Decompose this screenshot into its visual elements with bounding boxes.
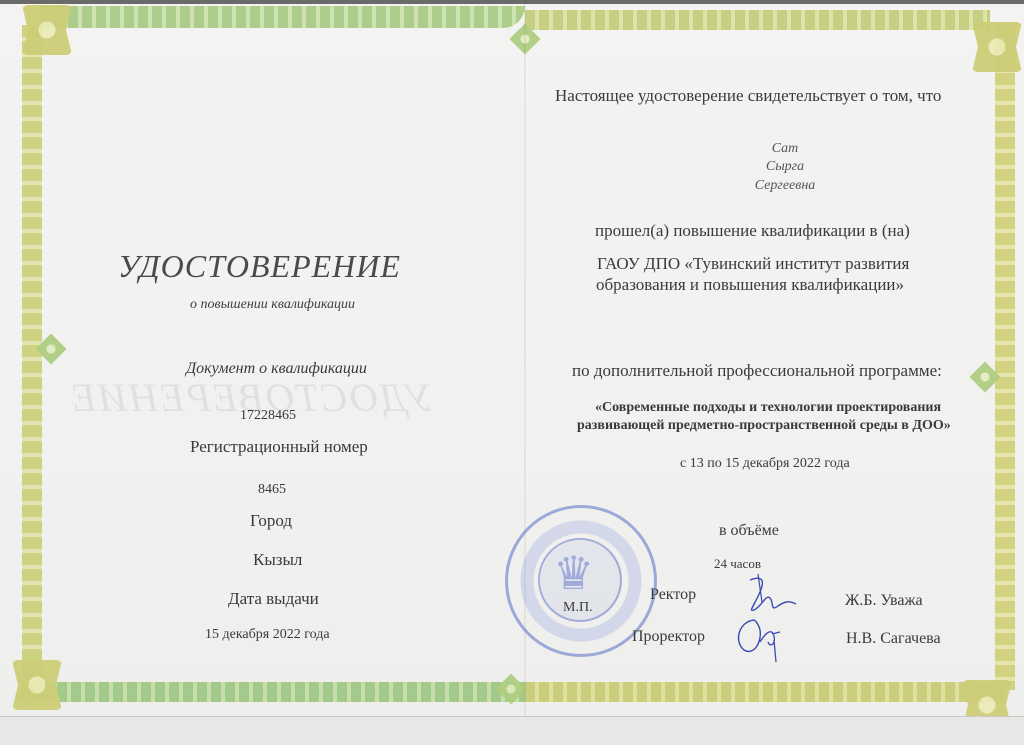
prorector-name: Н.В. Сагачева bbox=[846, 630, 941, 648]
rector-name: Ж.Б. Уважа bbox=[845, 592, 923, 610]
border-top-left bbox=[40, 6, 525, 28]
border-left bbox=[22, 25, 42, 690]
corner-ornament-icon bbox=[22, 5, 72, 55]
certificate-subtitle: о повышении квалификации bbox=[190, 297, 355, 313]
program-label: по дополнительной профессиональной прогр… bbox=[572, 361, 942, 381]
passed-text: прошел(а) повышение квалификации в (на) bbox=[595, 221, 910, 241]
corner-ornament-icon bbox=[12, 660, 62, 710]
border-bottom-right bbox=[525, 682, 1005, 702]
double-headed-eagle-icon: ♛ bbox=[553, 546, 594, 600]
document-label: Документ о квалификации bbox=[186, 360, 367, 378]
surname: Сат bbox=[720, 141, 850, 157]
program-title-line-1: «Современные подходы и технологии проект… bbox=[595, 400, 941, 416]
registration-label: Регистрационный номер bbox=[190, 437, 368, 457]
certificate-sheet: УДОСТОВЕРЕНИЕ УДОСТОВЕРЕНИЕ о повышении … bbox=[0, 0, 1024, 745]
organization-line-1: ГАОУ ДПО «Тувинский институт развития bbox=[597, 254, 909, 274]
program-title-line-2: развивающей предметно-пространственной с… bbox=[577, 418, 951, 434]
border-right bbox=[995, 25, 1015, 690]
course-dates: с 13 по 15 декабря 2022 года bbox=[680, 456, 850, 472]
intro-text: Настоящее удостоверение свидетельствует … bbox=[555, 86, 941, 106]
hours-value: 24 часов bbox=[714, 556, 761, 572]
organization-line-2: образования и повышения квалификации» bbox=[596, 275, 904, 295]
certificate-title: УДОСТОВЕРЕНИЕ bbox=[118, 248, 401, 285]
corner-ornament-icon bbox=[972, 22, 1022, 72]
prorector-label: Проректор bbox=[632, 628, 705, 646]
border-bottom-left bbox=[15, 682, 525, 702]
stamp-place-label: М.П. bbox=[563, 600, 593, 616]
city-value: Кызыл bbox=[253, 550, 302, 570]
patronymic: Сергеевна bbox=[720, 178, 850, 194]
document-number: 17228465 bbox=[240, 408, 296, 424]
registration-number: 8465 bbox=[258, 482, 286, 498]
prorector-signature-icon bbox=[732, 612, 792, 666]
border-top-right bbox=[525, 10, 990, 30]
scan-bottom-margin bbox=[0, 716, 1024, 745]
rector-label: Ректор bbox=[650, 586, 696, 604]
issue-date-label: Дата выдачи bbox=[228, 589, 319, 609]
issue-date-value: 15 декабря 2022 года bbox=[205, 627, 330, 643]
volume-label: в объёме bbox=[719, 522, 779, 540]
scan-top-edge bbox=[0, 0, 1024, 4]
city-label: Город bbox=[250, 511, 292, 531]
first-name: Сырга bbox=[720, 159, 850, 175]
